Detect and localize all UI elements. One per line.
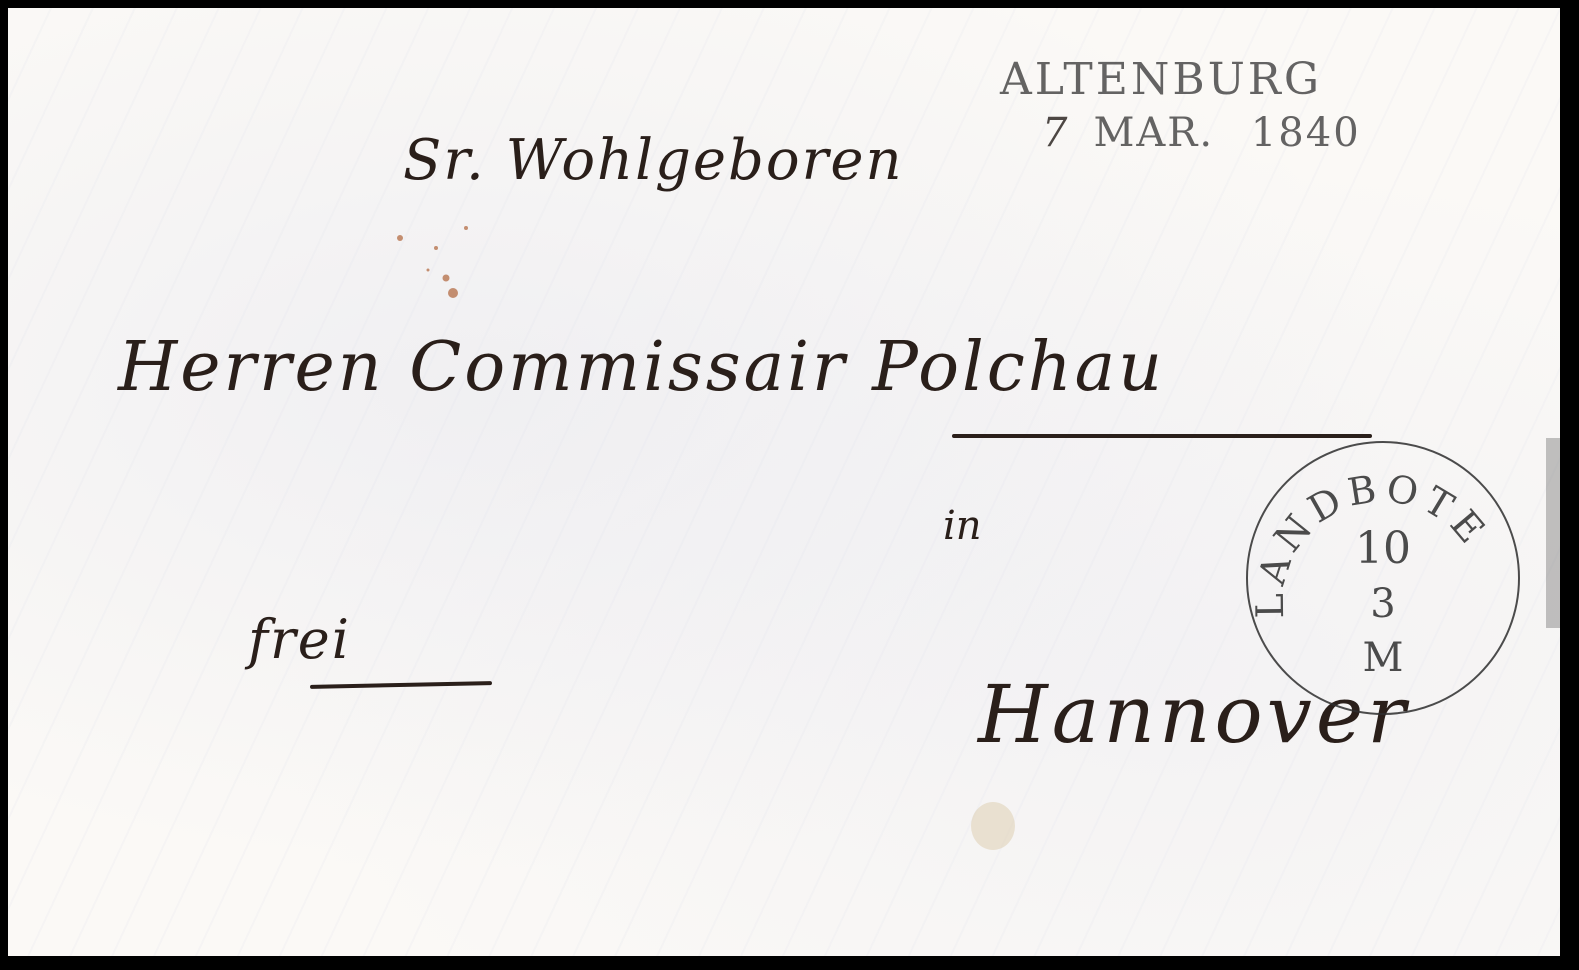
stain-spot (971, 802, 1015, 850)
edge-smudge (1546, 438, 1560, 628)
letter-cover: ALTENBURG 7MAR. 1840 Sr. Wohlgeboren Her… (8, 8, 1560, 956)
paper-marks (8, 8, 1560, 956)
foxing-spots (397, 226, 468, 298)
